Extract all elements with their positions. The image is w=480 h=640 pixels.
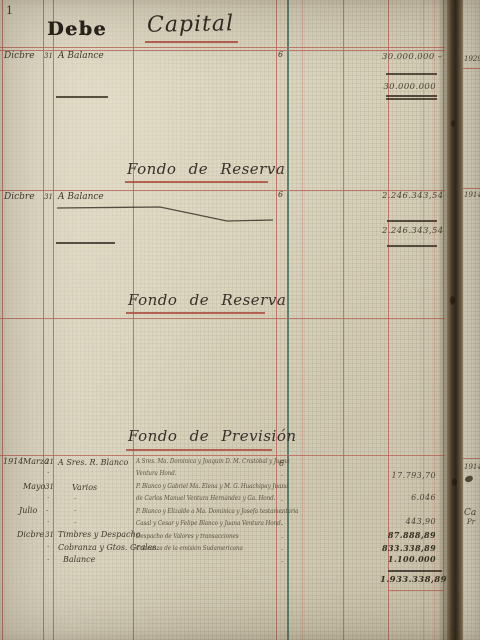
prevision-day-2: 31 (45, 484, 54, 491)
prevision-day-1: 21 (45, 459, 54, 466)
day-ditto: · (47, 519, 49, 526)
prevision-detail-2: Ventura Hond. (136, 471, 176, 477)
prevision-day-4: 31 (45, 532, 54, 539)
prevision-heading-underline (126, 449, 272, 451)
day-ditto: · (47, 495, 49, 502)
prevision-amount-6: 1.100.000 (382, 555, 436, 563)
prevision-month-4: Dicbre (17, 531, 44, 539)
folio-ditto: · (281, 498, 283, 505)
prevision-heading: Fondo de Previsión (128, 429, 297, 444)
prevision-total: 1.933.338,89 (380, 576, 440, 585)
day-ditto: · (47, 544, 49, 551)
page-edge-shadow (437, 0, 447, 640)
right-fragment-bottom-2: Ca (464, 509, 476, 518)
prevision-amount-4: 87.888,89 (382, 531, 436, 539)
prevision-entry-5: Balance (63, 556, 95, 564)
entry-ditto: · (74, 520, 76, 527)
book-gutter (447, 0, 463, 640)
prevision-detail-3: P. Blanco y Gabriel Ma. Elena y M. G. Hu… (136, 484, 288, 490)
prevision-amount-5: 833.338,89 (382, 544, 436, 552)
reserva-heading-2: Fondo de Reserva (128, 293, 286, 308)
ledger-page: 1 Debe Capital Dicbre 31 A Balance 6 30.… (0, 0, 480, 640)
right-fragment-mid: 1914 E (464, 192, 480, 199)
entry-ditto: · (74, 496, 76, 503)
right-page-rule-3 (463, 458, 480, 459)
prevision-detail-5: P. Blanco y Elizalde a Ma. Dominica y Jo… (136, 509, 298, 515)
prevision-folio: 6 (279, 460, 284, 468)
prevision-day-3: · (46, 508, 48, 515)
total-rule (388, 570, 442, 572)
gutter-mark (450, 296, 455, 305)
right-fragment-bottom-3: Pr (467, 519, 475, 526)
right-fragment-bottom-1: 1914 D (464, 464, 480, 471)
folio-ditto: · (281, 473, 283, 480)
prevision-year: 1914 (3, 458, 23, 466)
folio-ditto: · (281, 485, 283, 492)
folio-ditto: · (281, 535, 283, 542)
prevision-month-2: Mayo (23, 483, 45, 491)
right-page-rule-1 (463, 68, 480, 69)
right-fragment-top: 1929 E (464, 56, 480, 63)
day-ditto: · (47, 557, 49, 564)
reserva-heading-2-underline (126, 312, 265, 314)
day-ditto: · (47, 470, 49, 477)
prevision-amount-1: 17.793,70 (382, 472, 436, 480)
right-page-sliver (463, 0, 480, 640)
entry-ditto: · (74, 508, 76, 515)
gutter-mark (451, 120, 455, 127)
prevision-amount-3: 443,90 (382, 518, 436, 526)
prevision-amount-2: 6.046 (382, 494, 436, 502)
ink-stroke (57, 207, 273, 221)
prevision-detail-6: Casal y Cesar y Felipe Blanco y Juana Ve… (136, 521, 282, 527)
folio-ditto: · (281, 547, 283, 554)
gutter-mark (452, 478, 457, 486)
prevision-detail-8: Cobranza de la emisión Sudamericana (136, 546, 243, 552)
folio-ditto: · (281, 559, 283, 566)
prevision-month-3: Julio (19, 507, 37, 515)
folio-ditto: · (281, 510, 283, 517)
right-page-rule-2 (463, 188, 480, 189)
prevision-detail-4: de Carlos Manuel Ventura Hernández y Ga.… (136, 496, 275, 502)
prevision-entry-1: A Sres. R. Blanco (58, 459, 128, 467)
prevision-entry-3: Timbres y Despacho (58, 531, 140, 539)
folio-ditto: · (281, 522, 283, 529)
prevision-detail-7: Despacho de Valores y transacciones (136, 534, 239, 540)
prevision-detail-1: A Sres. Ma. Dominica y Joaquín D. M. Cri… (136, 459, 290, 465)
prevision-entry-2: Varios (72, 484, 97, 492)
